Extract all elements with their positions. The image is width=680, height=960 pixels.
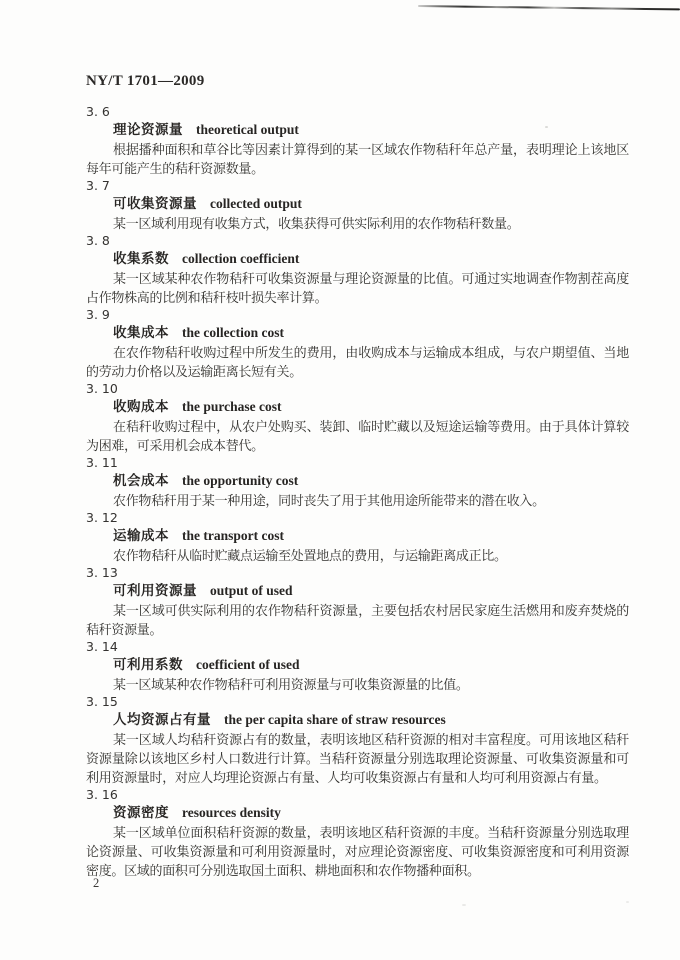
term-chinese: 可利用系数 <box>113 657 183 673</box>
term-section: 3. 11 机会成本the opportunity cost 农作物秸秆用于某一… <box>86 453 629 510</box>
section-definition: 某一区域某种农作物秸秆可收集资源量与理论资源量的比值。可通过实地调查作物割茬高度… <box>86 269 629 307</box>
section-definition: 某一区域人均秸秆资源占有的数量，表明该地区秸秆资源的相对丰富程度。可用该地区秸秆… <box>86 730 629 787</box>
term-section: 3. 9 收集成本the collection cost 在农作物秸秆收购过程中… <box>86 305 629 381</box>
term-chinese: 可收集资源量 <box>113 196 197 212</box>
section-number: 3. 7 <box>86 176 629 195</box>
scan-speck <box>626 901 629 903</box>
section-term-line: 收集系数collection coefficient <box>86 249 629 269</box>
section-term-line: 运输成本the transport cost <box>86 526 629 546</box>
term-section: 3. 7 可收集资源量collected output 某一区域利用现有收集方式… <box>86 176 629 233</box>
term-english: the purchase cost <box>182 399 282 414</box>
page-content: NY/T 1701—2009 3. 6 理论资源量theoretical out… <box>86 72 629 880</box>
terminology-sections: 3. 6 理论资源量theoretical output 根据播种面积和草谷比等… <box>86 102 629 880</box>
term-chinese: 收集成本 <box>113 325 169 341</box>
section-definition: 某一区域可供实际利用的农作物秸秆资源量，主要包括农村居民家庭生活燃用和废弃焚烧的… <box>86 601 629 639</box>
section-number: 3. 11 <box>86 453 629 472</box>
section-term-line: 可收集资源量collected output <box>86 194 629 214</box>
section-number: 3. 13 <box>86 563 629 582</box>
section-number: 3. 6 <box>86 102 629 121</box>
scan-artifact-line <box>418 5 680 10</box>
section-number: 3. 10 <box>86 379 629 398</box>
section-number: 3. 14 <box>86 637 629 656</box>
section-term-line: 可利用系数coefficient of used <box>86 655 629 675</box>
term-chinese: 可利用资源量 <box>113 583 197 599</box>
term-chinese: 收集系数 <box>113 251 169 267</box>
section-term-line: 机会成本the opportunity cost <box>86 471 629 491</box>
term-english: collection coefficient <box>182 251 299 266</box>
section-term-line: 收集成本the collection cost <box>86 323 629 343</box>
term-section: 3. 8 收集系数collection coefficient 某一区域某种农作… <box>86 231 629 307</box>
section-number: 3. 16 <box>86 785 629 804</box>
term-section: 3. 14 可利用系数coefficient of used 某一区域某种农作物… <box>86 637 629 694</box>
term-english: collected output <box>210 196 302 211</box>
term-chinese: 理论资源量 <box>113 122 183 138</box>
section-definition: 在秸秆收购过程中，从农户处购买、装卸、临时贮藏以及短途运输等费用。由于具体计算较… <box>86 417 629 455</box>
term-english: coefficient of used <box>196 657 299 672</box>
term-chinese: 运输成本 <box>113 528 169 544</box>
term-section: 3. 16 资源密度resources density 某一区域单位面积秸秆资源… <box>86 785 629 880</box>
section-number: 3. 12 <box>86 508 629 527</box>
section-definition: 某一区域单位面积秸秆资源的数量，表明该地区秸秆资源的丰度。当秸秆资源量分别选取理… <box>86 823 629 880</box>
term-english: output of used <box>210 583 293 598</box>
section-term-line: 收购成本the purchase cost <box>86 397 629 417</box>
section-number: 3. 15 <box>86 692 629 711</box>
term-section: 3. 13 可利用资源量output of used 某一区域可供实际利用的农作… <box>86 563 629 639</box>
term-section: 3. 15 人均资源占有量the per capita share of str… <box>86 692 629 787</box>
term-chinese: 资源密度 <box>113 805 169 821</box>
term-chinese: 机会成本 <box>113 473 169 489</box>
scan-speck <box>462 904 466 906</box>
section-term-line: 资源密度resources density <box>86 803 629 823</box>
section-definition: 在农作物秸秆收购过程中所发生的费用，由收购成本与运输成本组成，与农户期望值、当地… <box>86 343 629 381</box>
standard-number-header: NY/T 1701—2009 <box>86 72 629 91</box>
scanned-document-page: NY/T 1701—2009 3. 6 理论资源量theoretical out… <box>0 0 680 960</box>
term-english: resources density <box>182 805 281 820</box>
section-definition: 根据播种面积和草谷比等因素计算得到的某一区域农作物秸秆年总产量，表明理论上该地区… <box>86 140 629 178</box>
term-chinese: 人均资源占有量 <box>113 712 211 728</box>
term-english: the per capita share of straw resources <box>224 712 446 727</box>
section-number: 3. 9 <box>86 305 629 324</box>
section-number: 3. 8 <box>86 231 629 250</box>
term-chinese: 收购成本 <box>113 399 169 415</box>
page-number: 2 <box>93 876 99 891</box>
term-english: the opportunity cost <box>182 473 298 488</box>
term-section: 3. 12 运输成本the transport cost 农作物秸秆从临时贮藏点… <box>86 508 629 565</box>
term-section: 3. 10 收购成本the purchase cost 在秸秆收购过程中，从农户… <box>86 379 629 455</box>
section-term-line: 可利用资源量output of used <box>86 581 629 601</box>
section-term-line: 理论资源量theoretical output <box>86 120 629 140</box>
term-english: theoretical output <box>196 122 299 137</box>
section-term-line: 人均资源占有量the per capita share of straw res… <box>86 710 629 730</box>
term-english: the collection cost <box>182 325 284 340</box>
term-english: the transport cost <box>182 528 284 543</box>
term-section: 3. 6 理论资源量theoretical output 根据播种面积和草谷比等… <box>86 102 629 178</box>
